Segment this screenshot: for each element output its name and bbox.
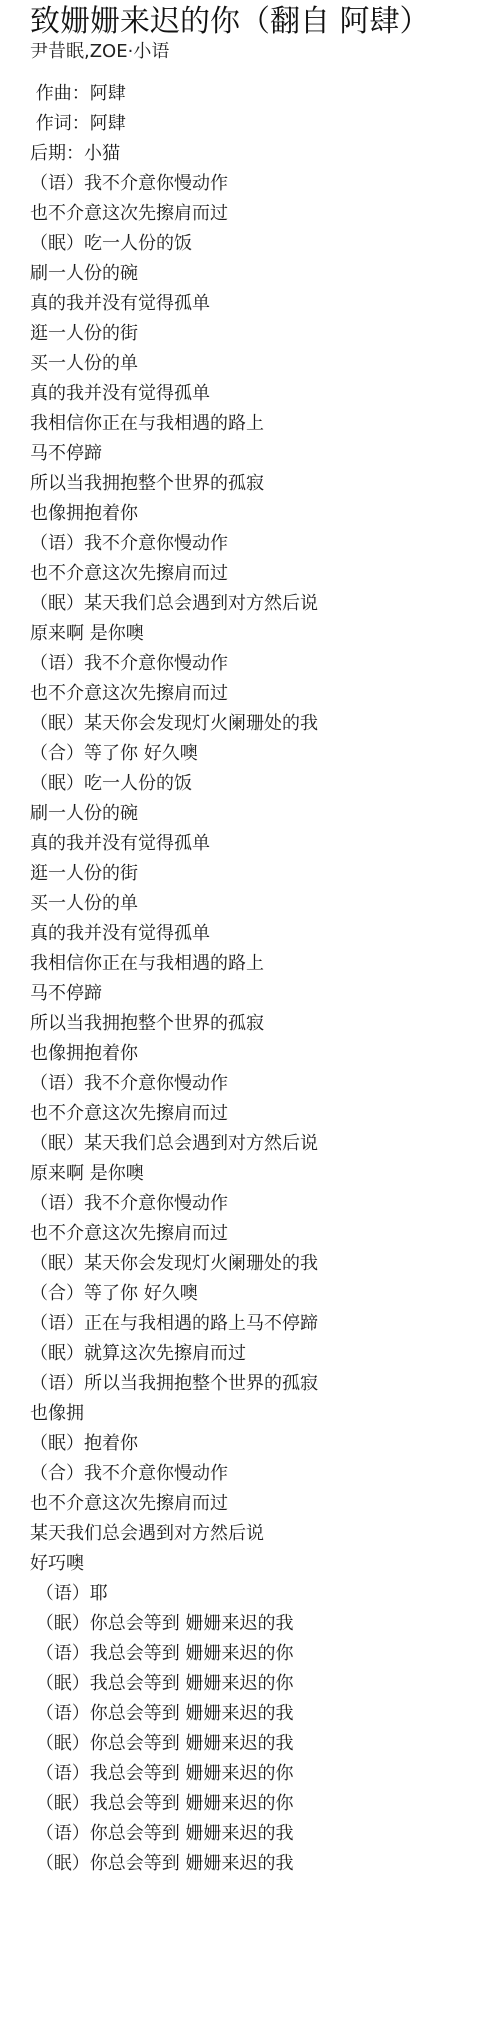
lyric-line: 我相信你正在与我相遇的路上 [30,409,318,439]
lyric-line: 所以当我拥抱整个世界的孤寂 [30,1009,318,1039]
lyric-line: （眠）吃一人份的饭 [30,769,318,799]
lyric-line: （语）正在与我相遇的路上马不停蹄 [30,1309,318,1339]
song-title: 致姗姗来迟的你（翻自 阿肆） [30,2,430,42]
lyric-line: （语）我总会等到 姗姗来迟的你 [30,1759,318,1789]
lyric-line: 也不介意这次先擦肩而过 [30,679,318,709]
lyric-line: （语）你总会等到 姗姗来迟的我 [30,1699,318,1729]
lyric-line: （眠）就算这次先擦肩而过 [30,1339,318,1369]
lyric-line: （眠）你总会等到 姗姗来迟的我 [30,1609,318,1639]
lyric-line: （眠）某天你会发现灯火阑珊处的我 [30,709,318,739]
lyric-line: 马不停蹄 [30,439,318,469]
song-artists: 尹昔眠,ZOE·小语 [30,40,169,64]
lyric-line: （合）我不介意你慢动作 [30,1459,318,1489]
lyric-line: 原来啊 是你噢 [30,1159,318,1189]
lyric-line: 所以当我拥抱整个世界的孤寂 [30,469,318,499]
lyric-line: 也不介意这次先擦肩而过 [30,1099,318,1129]
lyric-line: （语）我不介意你慢动作 [30,529,318,559]
lyric-line: 原来啊 是你噢 [30,619,318,649]
lyric-line: （语）我不介意你慢动作 [30,649,318,679]
lyric-line: （语）我不介意你慢动作 [30,1189,318,1219]
lyric-line: （合）等了你 好久噢 [30,1279,318,1309]
lyric-line: （语）所以当我拥抱整个世界的孤寂 [30,1369,318,1399]
lyric-line: （合）等了你 好久噢 [30,739,318,769]
lyric-line: 也不介意这次先擦肩而过 [30,559,318,589]
lyric-line: （语）我总会等到 姗姗来迟的你 [30,1639,318,1669]
lyric-line: （眠）你总会等到 姗姗来迟的我 [30,1849,318,1879]
lyric-line: （眠）某天你会发现灯火阑珊处的我 [30,1249,318,1279]
lyric-line: 我相信你正在与我相遇的路上 [30,949,318,979]
lyric-line: 刷一人份的碗 [30,799,318,829]
lyric-line: （眠）我总会等到 姗姗来迟的你 [30,1669,318,1699]
lyric-line: 真的我并没有觉得孤单 [30,379,318,409]
lyric-line: 真的我并没有觉得孤单 [30,829,318,859]
lyric-line: （眠）吃一人份的饭 [30,229,318,259]
lyric-line: （眠）我总会等到 姗姗来迟的你 [30,1789,318,1819]
lyric-line: 某天我们总会遇到对方然后说 [30,1519,318,1549]
lyric-line: 也不介意这次先擦肩而过 [30,199,318,229]
lyric-line: 也像拥 [30,1399,318,1429]
lyric-line: 真的我并没有觉得孤单 [30,919,318,949]
lyric-line: 买一人份的单 [30,889,318,919]
lyric-line: （眠）你总会等到 姗姗来迟的我 [30,1729,318,1759]
lyric-line: （眠）某天我们总会遇到对方然后说 [30,1129,318,1159]
lyric-line: （眠）抱着你 [30,1429,318,1459]
lyric-line: 逛一人份的街 [30,319,318,349]
lyric-line: 马不停蹄 [30,979,318,1009]
lyric-line: （语）我不介意你慢动作 [30,169,318,199]
lyric-line: 也不介意这次先擦肩而过 [30,1219,318,1249]
lyric-line: 买一人份的单 [30,349,318,379]
lyric-line: （眠）某天我们总会遇到对方然后说 [30,589,318,619]
lyric-line: 真的我并没有觉得孤单 [30,289,318,319]
lyric-line: （语）我不介意你慢动作 [30,1069,318,1099]
lyric-line: 好巧噢 [30,1549,318,1579]
lyric-line: 也像拥抱着你 [30,1039,318,1069]
lyric-line: 作曲：阿肆 [30,79,318,109]
lyric-line: 逛一人份的街 [30,859,318,889]
lyric-line: 也不介意这次先擦肩而过 [30,1489,318,1519]
lyric-line: （语）你总会等到 姗姗来迟的我 [30,1819,318,1849]
lyric-line: 刷一人份的碗 [30,259,318,289]
lyric-line: 后期：小猫 [30,139,318,169]
lyric-line: 作词：阿肆 [30,109,318,139]
lyric-line: 也像拥抱着你 [30,499,318,529]
lyric-line: （语）耶 [30,1579,318,1609]
lyrics-list: 作曲：阿肆 作词：阿肆后期：小猫（语）我不介意你慢动作也不介意这次先擦肩而过（眠… [30,79,318,1879]
